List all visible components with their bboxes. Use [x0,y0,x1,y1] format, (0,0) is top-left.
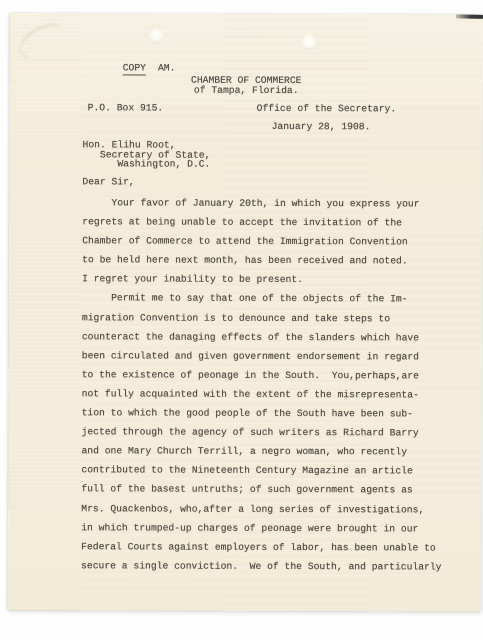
body-line: to be held here next month, has been rec… [82,251,477,271]
copy-label: COPY [123,62,146,75]
scan-background: COPYAM. CHAMBER OF COMMERCE of Tampa, Fl… [0,0,483,640]
body-line: regrets at being unable to accept the in… [82,212,477,232]
body-line: Your favor of January 20th, in which you… [82,193,477,213]
embossed-seal-mark [14,19,72,65]
body-line: jected through the agency of such writer… [82,422,477,442]
po-box-line: P.O. Box 915. [88,103,164,113]
body-line: Mrs. Quackenbos, who,after a long series… [81,499,476,519]
scan-edge-artifact [456,14,483,18]
body-line: not fully acquainted with the extent of … [82,384,477,404]
body-line: secure a single conviction. We of the So… [81,556,476,576]
body-line: to the existence of peonage in the South… [82,365,477,385]
body-line: Federal Courts against employers of labo… [81,537,476,557]
body-line: tion to which the good people of the Sou… [82,403,477,423]
body-line: counteract the danaging effects of the s… [82,327,477,347]
body-line: migration Convention is to denounce and … [82,308,477,328]
body-line: Permit me to say that one of the objects… [82,289,477,309]
office-line: Office of the Secretary. [257,104,397,114]
date-line: January 28, 1908. [272,122,371,132]
letter-page: COPYAM. CHAMBER OF COMMERCE of Tampa, Fl… [8,13,483,612]
recipient-address: Hon. Elihu Root, Secretary of State, Was… [82,140,210,169]
punch-hole [149,28,164,43]
body-line: I regret your inability to be present. [82,270,477,290]
copy-initials: AM. [158,62,175,73]
body-line: and one Mary Church Terrill, a negro wom… [81,441,476,461]
punch-hole [302,35,317,50]
body-line: contributed to the Nineteenth Century Ma… [81,461,476,481]
body-line: been circulated and given government end… [82,346,477,366]
body-line: in which trumped-up charges of peonage w… [81,518,476,538]
recipient-line: Washington, D.C. [82,159,210,169]
salutation: Dear Sir, [82,177,134,187]
body-line: Chamber of Commerce to attend the Immigr… [82,231,477,251]
letterhead-org-place: of Tampa, Florida. [10,85,483,96]
body-line: full of the basest untruths; of such gov… [81,480,476,500]
letter-body: Your favor of January 20th, in which you… [81,193,477,576]
